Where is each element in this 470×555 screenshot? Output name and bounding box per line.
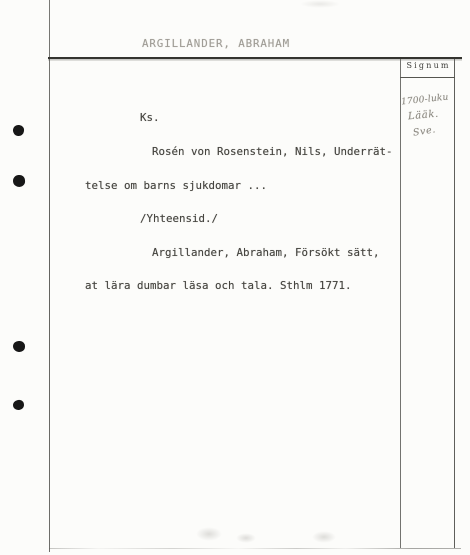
signum-column-right-border bbox=[454, 59, 455, 548]
punch-hole bbox=[12, 174, 25, 187]
body-line: Rosén von Rosenstein, Nils, Underrät- bbox=[85, 146, 393, 157]
signum-handwriting-line: Sve. bbox=[412, 124, 436, 138]
left-margin-line bbox=[49, 0, 51, 552]
punch-hole bbox=[12, 124, 24, 136]
signum-handwriting-line: 1700-luku bbox=[401, 93, 449, 108]
signum-label: Signum bbox=[400, 61, 455, 70]
body-line: at lära dumbar läsa och tala. Sthlm 1771… bbox=[85, 280, 393, 291]
signum-column-left-border bbox=[400, 59, 401, 548]
punch-hole bbox=[12, 399, 25, 411]
signum-handwriting-line: Lääk. bbox=[408, 109, 440, 123]
signum-label-underline bbox=[400, 77, 455, 78]
card-body-text: Ks. Rosén von Rosenstein, Nils, Underrät… bbox=[85, 90, 393, 314]
scan-smudge bbox=[312, 531, 336, 543]
body-line: telse om barns sjukdomar ... bbox=[85, 180, 393, 191]
body-line: Ks. bbox=[85, 112, 393, 123]
punch-hole bbox=[13, 341, 26, 353]
catalog-card: ARGILLANDER, ABRAHAM Signum 1700-luku Lä… bbox=[0, 0, 470, 555]
card-heading: ARGILLANDER, ABRAHAM bbox=[142, 37, 290, 50]
scan-smudge bbox=[196, 527, 222, 541]
body-line: /Yhteensid./ bbox=[85, 213, 393, 224]
scan-smudge bbox=[236, 533, 256, 543]
bottom-edge-line bbox=[49, 548, 461, 549]
body-line: Argillander, Abraham, Försökt sätt, bbox=[85, 247, 393, 258]
scan-smudge bbox=[300, 0, 340, 8]
